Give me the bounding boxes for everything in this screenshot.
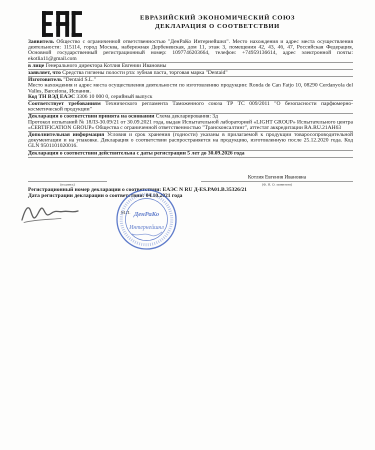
- document-header: ЕВРАЗИЙСКИЙ ЭКОНОМИЧЕСКИЙ СОЮЗ ДЕКЛАРАЦИ…: [28, 11, 353, 37]
- tnved-value: 3306 10 000 0, серийный выпуск: [76, 93, 152, 99]
- company-round-stamp: ДенРаКо Интернейшнл: [115, 188, 178, 251]
- document-page: ЕВРАЗИЙСКИЙ ЭКОНОМИЧЕСКИЙ СОЮЗ ДЕКЛАРАЦИ…: [0, 0, 375, 450]
- document-content: ЕВРАЗИЙСКИЙ ЭКОНОМИЧЕСКИЙ СОЮЗ ДЕКЛАРАЦИ…: [0, 0, 375, 198]
- tnved-label: Код ТН ВЭД ЕАЭС: [28, 93, 75, 99]
- handwritten-signature: [18, 201, 83, 227]
- manufacturer-address: Место нахождения и адрес места осуществл…: [28, 82, 353, 94]
- signature-block: (подпись) Котлия Евгения Ивановна (Ф. И.…: [28, 163, 353, 186]
- signer-name-column: Котлия Евгения Ивановна (Ф. И. О. заявит…: [201, 174, 353, 186]
- eac-mark-icon: [42, 11, 82, 37]
- manufacturer-section: Изготовитель "Dentaid S.L."Место нахожде…: [28, 77, 353, 94]
- registration-date-row: Дата регистрации декларации о соответств…: [28, 192, 353, 198]
- signer-name: Котлия Евгения Ивановна: [201, 174, 353, 180]
- stamp-company-line2: Интернейшнл: [128, 224, 164, 231]
- basis-protocol: Протокол испытаний № 18ЛЗ-30.09/21 от 30…: [28, 119, 353, 131]
- representative-text: Генерального директора Котлия Евгении Ив…: [46, 62, 167, 68]
- title-line-declaration: ДЕКЛАРАЦИЯ О СООТВЕТСТВИИ: [82, 22, 353, 30]
- product-text: Средства гигиены полости рта: зубная пас…: [62, 70, 227, 76]
- validity-statement: Декларация о соответствии действительна …: [28, 150, 353, 157]
- declaration-document-scan: ЕВРАЗИЙСКИЙ ЭКОНОМИЧЕСКИЙ СОЮЗ ДЕКЛАРАЦИ…: [0, 0, 375, 450]
- basis-section: Декларация о соответствии принята на осн…: [28, 114, 353, 132]
- stamp-company-line1: ДенРаКо: [133, 211, 160, 218]
- applicant-text: Общество с ограниченной ответственностью…: [28, 39, 353, 62]
- declares-label: заявляет, что: [28, 70, 61, 76]
- compliance-section: Соответствует требованиям Технического р…: [28, 101, 353, 114]
- representative-label: в лице: [28, 62, 44, 68]
- additional-info-section: Дополнительная информация Условия и срок…: [28, 132, 353, 150]
- applicant-section: Заявитель Общество с ограниченной ответс…: [28, 39, 353, 63]
- title-line-union: ЕВРАЗИЙСКИЙ ЭКОНОМИЧЕСКИЙ СОЮЗ: [82, 14, 353, 22]
- document-title: ЕВРАЗИЙСКИЙ ЭКОНОМИЧЕСКИЙ СОЮЗ ДЕКЛАРАЦИ…: [82, 11, 353, 30]
